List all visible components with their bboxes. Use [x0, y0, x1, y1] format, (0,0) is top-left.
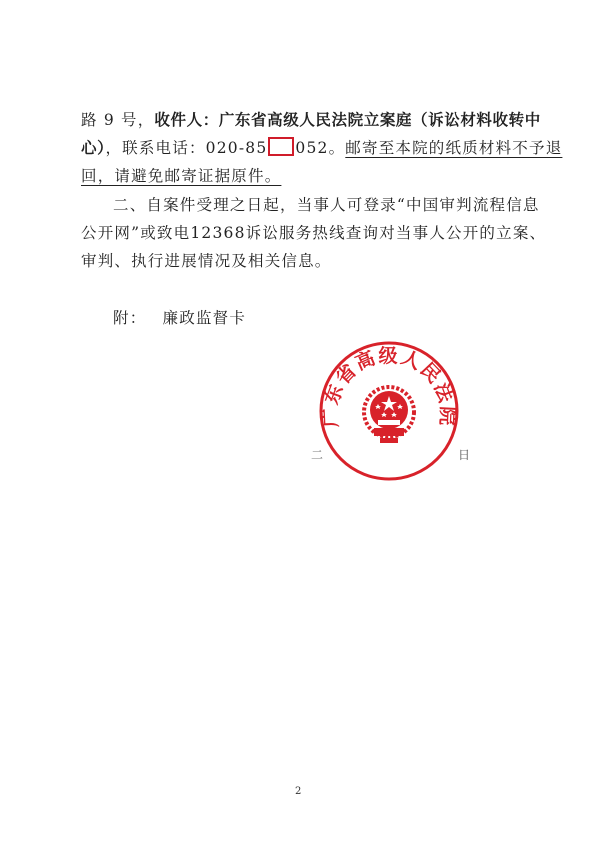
paragraph-2-line-2: 公开网”或致电12368诉讼服务热线查询对当事人公开的立案、 — [81, 221, 546, 243]
recipient-text: 收件人：广东省高级人民法院立案庭（诉讼材料收转中 — [154, 111, 540, 129]
paragraph-2-line-3: 审判、执行进展情况及相关信息。 — [81, 249, 332, 271]
date-fragment-right: 日 — [458, 446, 470, 463]
paragraph-2-line-1: 二、自案件受理之日起，当事人可登录“中国审判流程信息 — [113, 193, 540, 215]
date-fragment-left: 二 — [311, 446, 323, 463]
page-number: 2 — [295, 786, 301, 797]
phone-label: ，联系电话：020-85 — [105, 139, 267, 157]
mail-notice: 邮寄至本院的纸质材料不予退 — [345, 139, 562, 157]
recipient-text-end: 心） — [81, 139, 105, 157]
redaction-box — [268, 137, 294, 156]
court-seal-icon: 广东省高级人民法院 — [318, 340, 460, 482]
national-emblem-icon — [364, 387, 414, 443]
mail-notice-end: 回，请避免邮寄证据原件。 — [81, 167, 281, 185]
paragraph-1-line-3: 回，请避免邮寄证据原件。 — [81, 164, 281, 186]
attachment-value: 廉政监督卡 — [163, 309, 247, 327]
attachment-label: 附： — [113, 309, 146, 327]
phone-suffix: 052。 — [295, 139, 345, 157]
attachment-line: 附： 廉政监督卡 — [113, 306, 246, 328]
paragraph-1-line-2: 心），联系电话：020-85052。邮寄至本院的纸质材料不予退 — [81, 136, 562, 158]
paragraph-1-line-1: 路 9 号，收件人：广东省高级人民法院立案庭（诉讼材料收转中 — [81, 108, 541, 130]
address-tail: 路 9 号， — [81, 111, 154, 129]
